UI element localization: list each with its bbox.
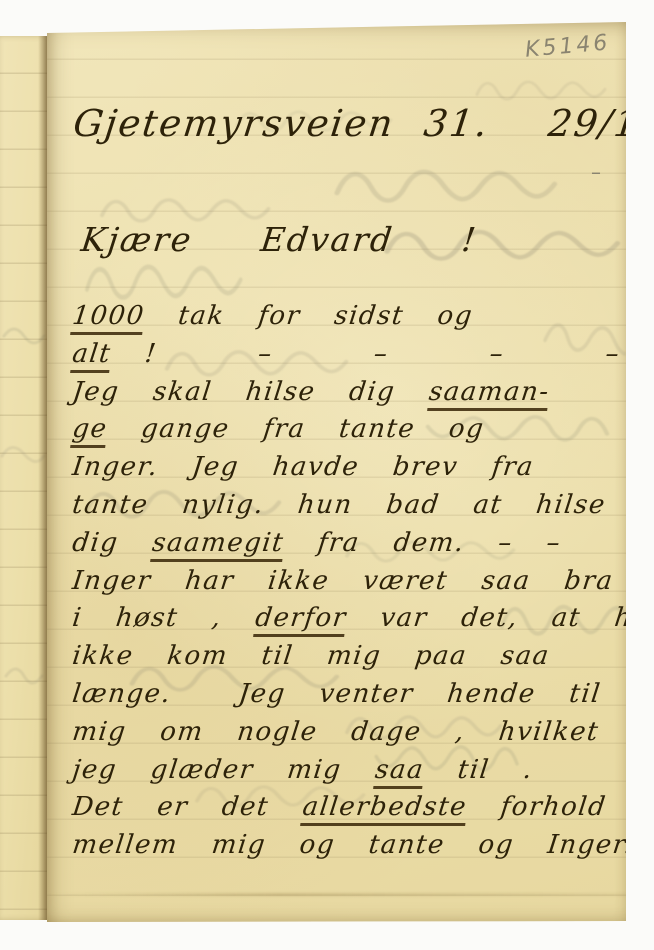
letter-salutation: Kjære Edvard ! bbox=[79, 220, 480, 259]
letter-text: forhold bbox=[465, 792, 608, 822]
letter-line: Det er det allerbedste forhold bbox=[70, 789, 654, 827]
pencil-archive-code: K5146 bbox=[524, 30, 611, 62]
facing-page-edge bbox=[0, 36, 47, 920]
letter-text: tak for sidst og bbox=[143, 301, 475, 331]
fold-crease bbox=[38, 36, 47, 920]
letter-line: længe. Jeg venter hende til bbox=[70, 676, 654, 714]
letter-text: fra dem. – – bbox=[282, 528, 563, 558]
underlined-word: alt bbox=[70, 339, 113, 373]
letter-text: til . bbox=[422, 755, 535, 785]
letter-line: dig saamegit fra dem. – – bbox=[70, 525, 654, 563]
letter-text: dig bbox=[71, 528, 155, 558]
letter-line: mig om nogle dage , hvilket bbox=[70, 714, 654, 752]
letter-text: var det, at hun bbox=[345, 603, 654, 633]
letter-line: Jeg skal hilse dig saaman- bbox=[70, 374, 654, 412]
letter-text: Inger har ikke været saa bra bbox=[71, 566, 616, 596]
letter-text: mellem mig og tante og Inger. bbox=[71, 830, 636, 860]
underlined-word: ge bbox=[70, 414, 109, 448]
scan-background: K5146 – Gjetemyrsveien 31. 29/12.15. Kjæ… bbox=[0, 0, 654, 950]
letter-text: ! – – – – bbox=[109, 339, 622, 369]
letter-line: ikke kom til mig paa saa bbox=[70, 638, 654, 676]
letter-text: ikke kom til mig paa saa bbox=[71, 641, 552, 671]
letter-text: længe. Jeg venter hende til bbox=[71, 679, 603, 709]
letter-heading: Gjetemyrsveien 31. 29/12.15. bbox=[71, 102, 654, 145]
letter-line: 1000 tak for sidst og bbox=[70, 298, 654, 336]
letter-line: mellem mig og tante og Inger. bbox=[70, 827, 654, 865]
underlined-word: derfor bbox=[253, 603, 348, 637]
underlined-word: saa bbox=[373, 755, 426, 789]
underlined-word: allerbedste bbox=[300, 792, 468, 826]
letter-line: Inger. Jeg havde brev fra bbox=[70, 449, 654, 487]
pencil-margin-dash: – bbox=[591, 160, 601, 184]
letter-line: i høst , derfor var det, at hun bbox=[70, 600, 654, 638]
letter-line: tante nylig. hun bad at hilse bbox=[70, 487, 654, 525]
letter-text: gange fra tante og bbox=[106, 414, 487, 444]
underlined-word: saamegit bbox=[150, 528, 286, 562]
letter-text: tante nylig. hun bad at hilse bbox=[71, 490, 608, 520]
letter-text: Jeg skal hilse dig bbox=[71, 377, 431, 407]
letter-text: i høst , bbox=[71, 603, 258, 633]
letter-text: jeg glæder mig bbox=[71, 755, 378, 785]
letter-text: Det er det bbox=[71, 792, 305, 822]
letter-line: ge gange fra tante og bbox=[70, 411, 654, 449]
underlined-word: 1000 bbox=[70, 301, 146, 335]
letter-line: Inger har ikke været saa bra bbox=[70, 563, 654, 601]
bottom-fold-crease bbox=[47, 893, 626, 896]
letter-line: alt ! – – – – bbox=[70, 336, 654, 374]
letter-page: K5146 – Gjetemyrsveien 31. 29/12.15. Kjæ… bbox=[47, 22, 626, 922]
letter-body: 1000 tak for sidst ogalt ! – – – –Jeg sk… bbox=[70, 298, 654, 865]
letter-text: mig om nogle dage , hvilket bbox=[71, 717, 601, 747]
underlined-word: saaman- bbox=[427, 377, 552, 411]
letter-text: Inger. Jeg havde brev fra bbox=[71, 452, 536, 482]
letter-line: jeg glæder mig saa til . bbox=[70, 752, 654, 790]
